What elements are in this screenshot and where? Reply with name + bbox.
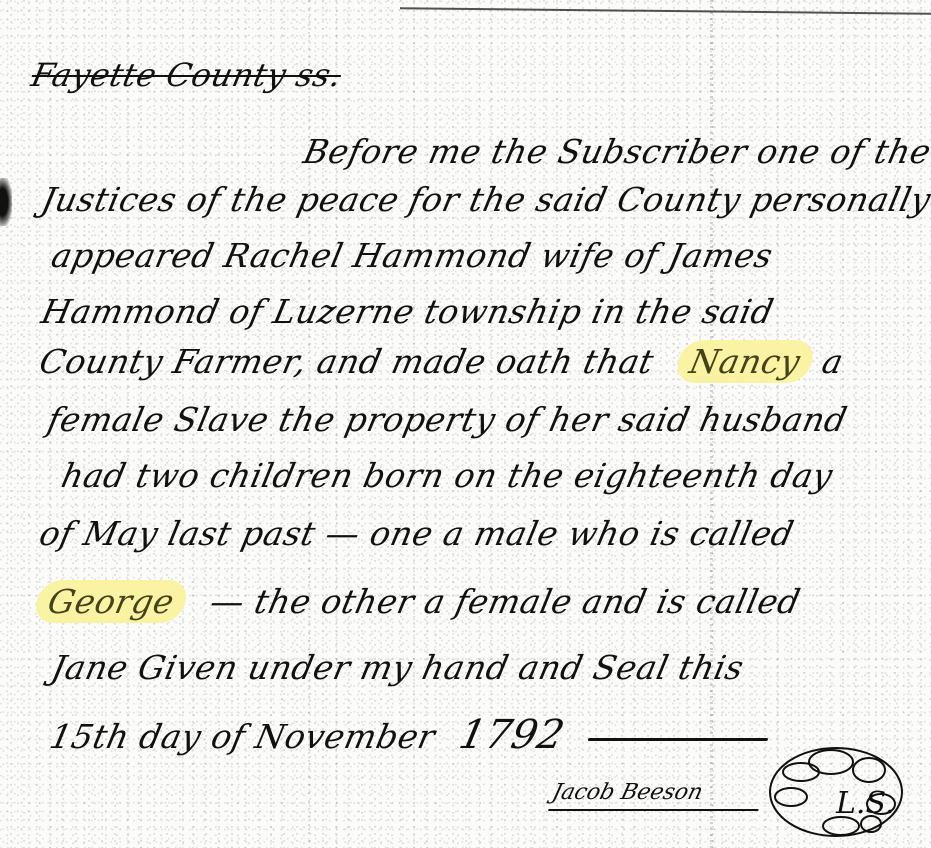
line-7-text: had two children born on the eighteenth …	[58, 456, 836, 495]
line-10-text: Jane Given under my hand and Seal this	[48, 648, 747, 687]
text-line-6: female Slave the property of her said hu…	[44, 400, 851, 439]
line-6-text: female Slave the property of her said hu…	[44, 400, 851, 439]
torn-paper-edge	[400, 0, 931, 15]
text-line-3: appeared Rachel Hammond wife of James	[48, 236, 776, 275]
line-8-text: of May last past — one a male who is cal…	[36, 514, 797, 553]
line-5-text: County Farmer, and made oath that	[36, 342, 658, 381]
line-2-text: Justices of the peace for the said Count…	[38, 180, 931, 219]
line-9-text: — the other a female and is called	[207, 582, 804, 621]
signature-name: Jacob Beeson	[550, 780, 706, 805]
text-line-2: Justices of the peace for the said Count…	[38, 180, 931, 219]
text-line-11-date: 15th day of November 1792	[46, 712, 774, 758]
text-line-8: of May last past — one a male who is cal…	[36, 514, 797, 553]
heading-text: Fayette County ss.	[28, 56, 345, 94]
text-line-7: had two children born on the eighteenth …	[58, 456, 836, 495]
line-5-article: a	[819, 342, 847, 381]
closing-flourish-dash	[588, 738, 769, 741]
line-1-text: Before me the Subscriber one of the	[300, 132, 931, 171]
line-4-text: Hammond of Luzerne township in the said	[38, 292, 777, 331]
scanned-document-page: Fayette County ss. Before me the Subscri…	[0, 0, 931, 848]
ink-blot-margin	[0, 178, 12, 226]
highlighted-name-nancy: Nancy	[674, 340, 817, 383]
date-year: 1792	[455, 712, 569, 758]
text-line-10: Jane Given under my hand and Seal this	[48, 648, 747, 687]
highlighted-name-george: George	[32, 580, 190, 623]
seal-ls-mark: L.S.	[836, 786, 894, 821]
text-line-5: County Farmer, and made oath that Nancy …	[36, 342, 847, 381]
line-3-text: appeared Rachel Hammond wife of James	[48, 236, 776, 275]
text-line-4: Hammond of Luzerne township in the said	[38, 292, 777, 331]
document-heading: Fayette County ss.	[28, 56, 345, 94]
date-day-month: 15th day of November	[46, 717, 438, 756]
text-line-9: George — the other a female and is calle…	[32, 580, 804, 623]
text-line-1: Before me the Subscriber one of the	[300, 132, 931, 171]
signature: Jacob Beeson	[548, 780, 766, 811]
